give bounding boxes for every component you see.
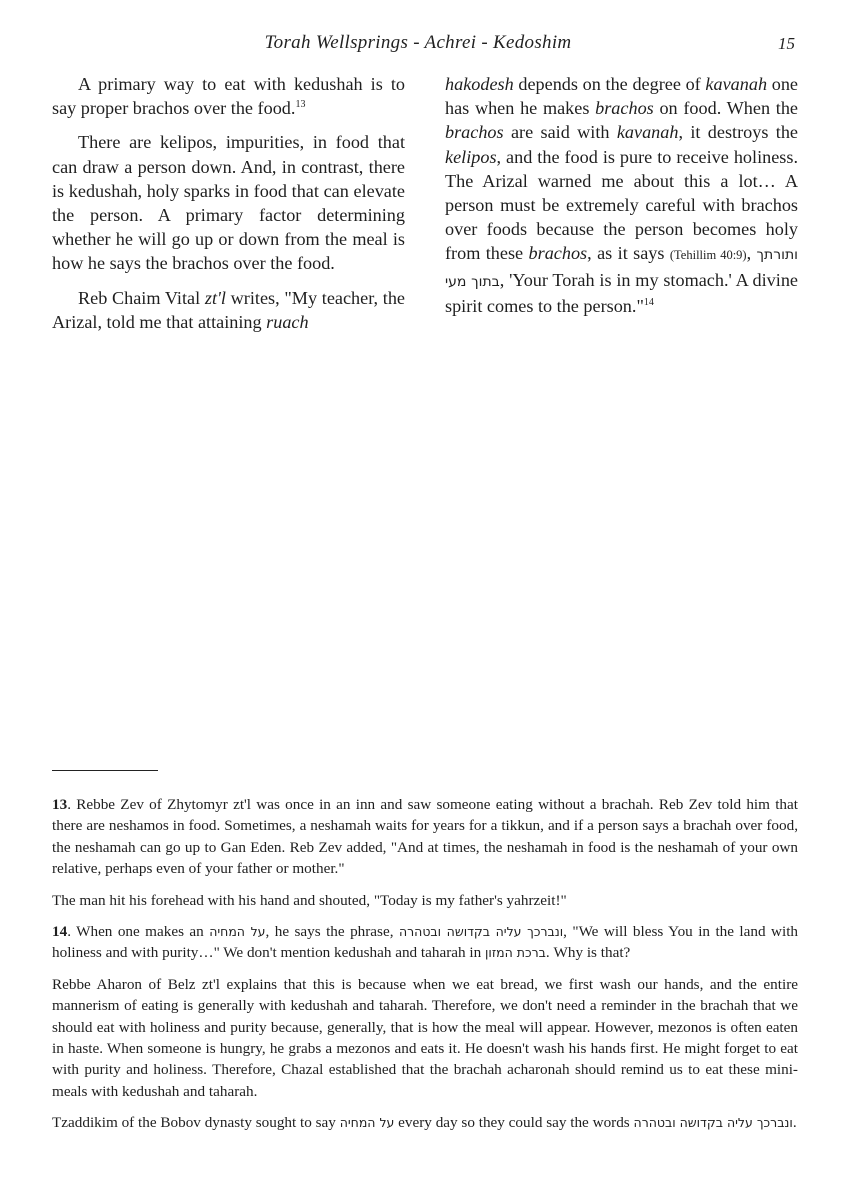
footnote-ref-13[interactable]: 13 — [295, 99, 305, 110]
running-title: Torah Wellsprings - Achrei - Kedoshim — [228, 32, 608, 54]
italic-term: ruach — [266, 312, 308, 332]
footnote-text: The man hit his forehead with his hand a… — [52, 892, 567, 909]
paragraph: hakodesh depends on the degree of kavana… — [445, 72, 798, 318]
footnote-text: Tzaddikim of the Bobov dynasty sought to… — [52, 1114, 340, 1131]
footnote-ref-14[interactable]: 14 — [644, 297, 654, 308]
italic-term: brachos — [595, 98, 654, 118]
footnote-number: 13 — [52, 796, 67, 813]
hebrew-quote: ונברכך עליה בקדושה ובטהרה — [399, 924, 563, 939]
footnote-separator — [52, 770, 158, 771]
footnote-13: 13. Rebbe Zev of Zhytomyr zt'l was once … — [52, 794, 798, 880]
footnote-number: 14 — [52, 923, 67, 940]
footnote-text: . — [793, 1114, 797, 1131]
footnote-text: Rebbe Aharon of Belz zt'l explains that … — [52, 976, 798, 1100]
footnote-text: . Why is that? — [546, 944, 630, 961]
footnote-text: . When one makes an — [67, 923, 209, 940]
italic-term: brachos — [529, 243, 588, 263]
footnote-13-continuation: The man hit his forehead with his hand a… — [52, 890, 798, 911]
paragraph-text: on food. When the — [654, 98, 798, 118]
hebrew-term: ברכת המזון — [485, 945, 546, 960]
footnote-14-paragraph-2: Rebbe Aharon of Belz zt'l explains that … — [52, 974, 798, 1102]
italic-term: brachos — [445, 122, 504, 142]
italic-term: zt'l — [205, 288, 226, 308]
page-header: Torah Wellsprings - Achrei - Kedoshim 15 — [0, 30, 849, 58]
italic-term: kelipos — [445, 147, 497, 167]
paragraph-text: There are kelipos, impurities, in food t… — [52, 132, 405, 273]
paragraph: There are kelipos, impurities, in food t… — [52, 130, 405, 275]
paragraph-text: , — [747, 243, 757, 263]
paragraph-text: A primary way to eat with kedushah is to… — [52, 74, 405, 118]
left-column: A primary way to eat with kedushah is to… — [52, 72, 405, 344]
hebrew-term: על המחיה — [340, 1115, 395, 1130]
scripture-reference: (Tehillim 40:9) — [670, 248, 747, 262]
footnote-text: . Rebbe Zev of Zhytomyr zt'l was once in… — [52, 796, 798, 877]
right-column: hakodesh depends on the degree of kavana… — [445, 72, 798, 328]
paragraph: A primary way to eat with kedushah is to… — [52, 72, 405, 120]
footnote-14-paragraph-3: Tzaddikim of the Bobov dynasty sought to… — [52, 1112, 798, 1133]
page-number: 15 — [778, 34, 795, 54]
footnote-text: , he says the phrase, — [266, 923, 399, 940]
footnote-text: every day so they could say the words — [394, 1114, 633, 1131]
paragraph-text: depends on the degree of — [514, 74, 706, 94]
paragraph-text: , it destroys the — [678, 122, 798, 142]
footnote-14: 14. When one makes an על המחיה, he says … — [52, 921, 798, 964]
italic-term: kavanah — [705, 74, 767, 94]
paragraph-text: , as it says — [587, 243, 670, 263]
hebrew-quote: ונברכך עליה בקדושה ובטהרה — [634, 1115, 793, 1130]
paragraph-text: Reb Chaim Vital — [78, 288, 205, 308]
hebrew-term: על המחיה — [209, 924, 265, 939]
paragraph: Reb Chaim Vital zt'l writes, "My teacher… — [52, 286, 405, 334]
footnotes: 13. Rebbe Zev of Zhytomyr zt'l was once … — [52, 794, 798, 1144]
italic-term: kavanah — [617, 122, 679, 142]
italic-term: hakodesh — [445, 74, 514, 94]
paragraph-text: are said with — [504, 122, 617, 142]
